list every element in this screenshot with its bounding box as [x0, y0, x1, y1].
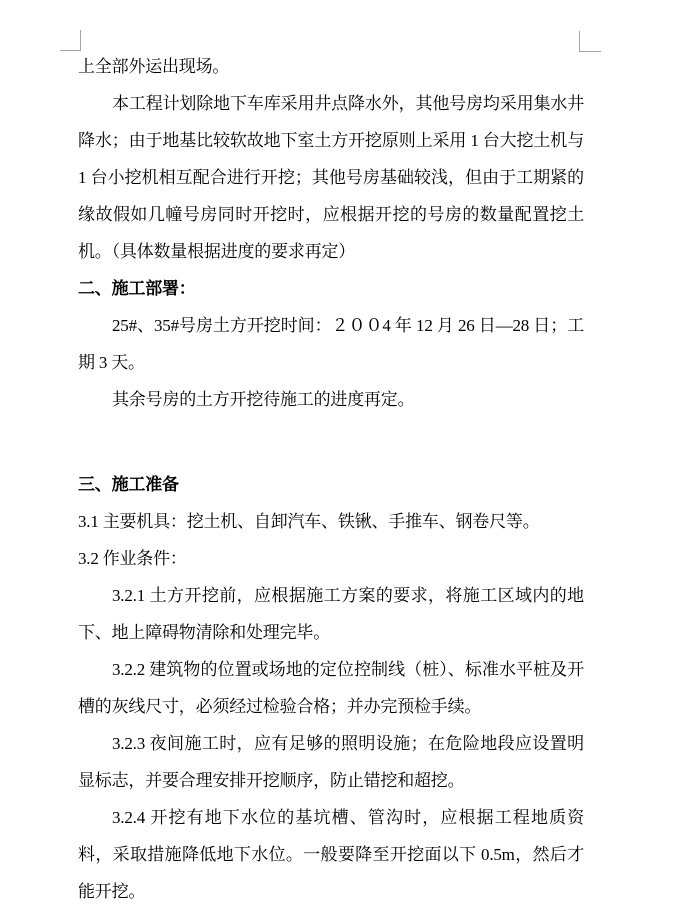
section-heading: 三、施工准备: [78, 466, 584, 503]
page: 上全部外运出现场。本工程计划除地下车库采用井点降水外，其他号房均采用集水井降水；…: [0, 0, 673, 912]
section-heading: 二、施工部署：: [78, 270, 584, 307]
paragraph: 3.2.1 土方开挖前，应根据施工方案的要求，将施工区域内的地下、地上障碍物清除…: [78, 577, 584, 651]
paragraph: 上全部外运出现场。: [78, 48, 584, 85]
paragraph: 3.2 作业条件：: [78, 540, 584, 577]
paragraph: 其余号房的土方开挖待施工的进度再定。: [78, 381, 584, 418]
blank-line: [78, 418, 584, 466]
paragraph: 3.2.4 开挖有地下水位的基坑槽、管沟时，应根据工程地质资料，采取措施降低地下…: [78, 799, 584, 910]
paragraph: 25#、35#号房土方开挖时间：２００4 年 12 月 26 日—28 日；工期…: [78, 307, 584, 381]
paragraph: 3.2.3 夜间施工时，应有足够的照明设施；在危险地段应设置明显标志，并要合理安…: [78, 725, 584, 799]
paragraph: 3.1 主要机具：挖土机、自卸汽车、铁锹、手推车、钢卷尺等。: [78, 503, 584, 540]
document-body[interactable]: 上全部外运出现场。本工程计划除地下车库采用井点降水外，其他号房均采用集水井降水；…: [78, 48, 584, 910]
paragraph: 3.2.2 建筑物的位置或场地的定位控制线（桩）、标准水平桩及开槽的灰线尺寸，必…: [78, 651, 584, 725]
paragraph: 本工程计划除地下车库采用井点降水外，其他号房均采用集水井降水；由于地基比较软故地…: [78, 85, 584, 270]
